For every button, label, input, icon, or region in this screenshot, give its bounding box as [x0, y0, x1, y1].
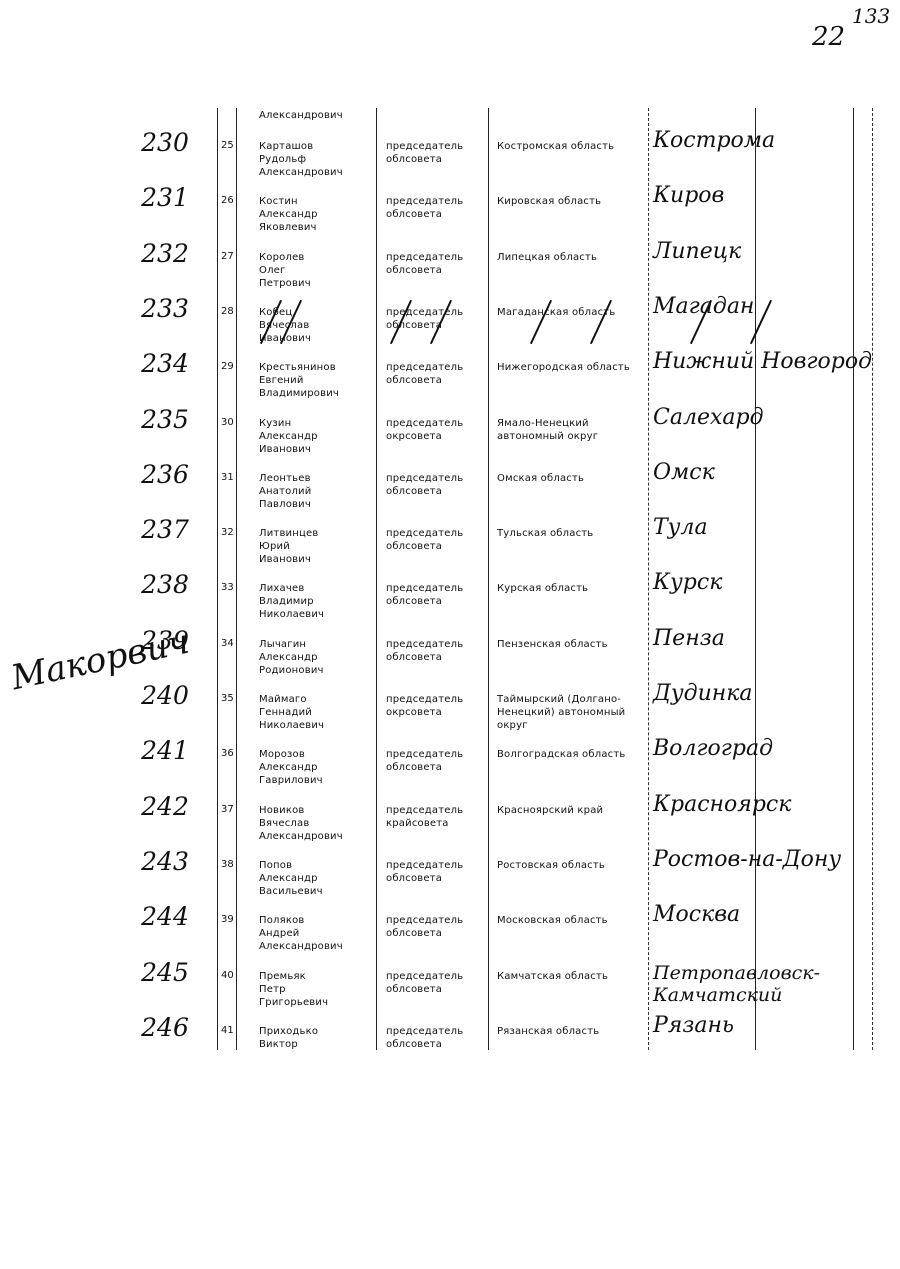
region-name: Ямало-Ненецкийавтономный округ — [497, 417, 647, 443]
handwritten-index: 233 — [120, 294, 210, 323]
person-position: председательокрсовета — [386, 417, 463, 443]
handwritten-index: 231 — [120, 183, 210, 212]
region-name: Липецкая область — [497, 251, 647, 264]
person-name: КузинАлександрИванович — [259, 417, 318, 456]
region-name: Красноярский край — [497, 804, 647, 817]
region-name: Кировская область — [497, 195, 647, 208]
person-position: председательоблсовета — [386, 472, 463, 498]
handwritten-city: Москва — [653, 904, 740, 926]
handwritten-index: 243 — [120, 847, 210, 876]
row-number: 34 — [221, 638, 234, 649]
person-name: МорозовАлександрГаврилович — [259, 748, 323, 787]
handwritten-city: Липецк — [653, 241, 741, 263]
person-name: МаймагоГеннадийНиколаевич — [259, 693, 324, 732]
person-position: председательокрсовета — [386, 693, 463, 719]
person-name: ПоляковАндрейАлександрович — [259, 914, 343, 953]
region-name: Магаданская область — [497, 306, 647, 319]
handwritten-index: 244 — [120, 902, 210, 931]
row-number: 35 — [221, 693, 234, 704]
region-name: Московская область — [497, 914, 647, 927]
region-name: Ростовская область — [497, 859, 647, 872]
region-name: Курская область — [497, 582, 647, 595]
row-number: 31 — [221, 472, 234, 483]
handwritten-index: 232 — [120, 239, 210, 268]
row-number: 40 — [221, 970, 234, 981]
person-position: председательоблсовета — [386, 859, 463, 885]
handwritten-index: 238 — [120, 570, 210, 599]
handwritten-city: Ростов-на-Дону — [653, 849, 841, 871]
row-number: 27 — [221, 251, 234, 262]
handwritten-index: 240 — [120, 681, 210, 710]
person-name: КостинАлександрЯковлевич — [259, 195, 318, 234]
row-number: 38 — [221, 859, 234, 870]
handwritten-index: 235 — [120, 405, 210, 434]
person-position: председательоблсовета — [386, 1025, 463, 1051]
region-name: Пензенская область — [497, 638, 647, 651]
person-position: председательоблсовета — [386, 582, 463, 608]
continued-name: Александрович — [259, 110, 343, 121]
handwritten-city: Рязань — [653, 1015, 734, 1037]
row-number: 25 — [221, 140, 234, 151]
handwritten-city: Омск — [653, 462, 715, 484]
region-name: Камчатская область — [497, 970, 647, 983]
handwritten-city: Тула — [653, 517, 708, 539]
person-position: председательоблсовета — [386, 527, 463, 553]
handwritten-index: 239 — [120, 626, 210, 655]
handwritten-index: 245 — [120, 958, 210, 987]
handwritten-city: Пенза — [653, 628, 725, 650]
handwritten-city: Курск — [653, 572, 722, 594]
person-name: ПремьякПетрГригорьевич — [259, 970, 328, 1009]
handwritten-index: 237 — [120, 515, 210, 544]
row-number: 36 — [221, 748, 234, 759]
person-name: ЛихачевВладимирНиколаевич — [259, 582, 324, 621]
row-number: 39 — [221, 914, 234, 925]
handwritten-index: 242 — [120, 792, 210, 821]
row-number: 28 — [221, 306, 234, 317]
region-name: Костромская область — [497, 140, 647, 153]
person-position: председательоблсовета — [386, 140, 463, 166]
handwritten-index: 246 — [120, 1013, 210, 1042]
handwritten-index: 234 — [120, 349, 210, 378]
row-number: 29 — [221, 361, 234, 372]
person-position: председательоблсовета — [386, 970, 463, 996]
handwritten-city: Петропавловск-Камчатский — [653, 962, 820, 1006]
page-number-main: 22 — [812, 22, 845, 52]
handwritten-city: Нижний Новгород — [653, 351, 872, 373]
region-name: Таймырский (Долгано-Ненецкий) автономный… — [497, 693, 647, 732]
person-position: председательоблсовета — [386, 748, 463, 774]
handwritten-city: Дудинка — [653, 683, 753, 705]
person-name: ЛеонтьевАнатолийПавлович — [259, 472, 311, 511]
person-name: ПриходькоВиктор — [259, 1025, 318, 1051]
region-name: Волгоградская область — [497, 748, 647, 761]
person-position: председательоблсовета — [386, 914, 463, 940]
handwritten-city: Красноярск — [653, 794, 791, 816]
table-row: 24641ПриходькоВикторпредседательоблсовет… — [0, 1025, 900, 1080]
region-name: Тульская область — [497, 527, 647, 540]
region-name: Омская область — [497, 472, 647, 485]
handwritten-city: Киров — [653, 185, 724, 207]
handwritten-city: Волгоград — [653, 738, 773, 760]
row-number: 37 — [221, 804, 234, 815]
person-position: председателькрайсовета — [386, 804, 463, 830]
row-number: 32 — [221, 527, 234, 538]
handwritten-city: Кострома — [653, 130, 775, 152]
handwritten-index: 236 — [120, 460, 210, 489]
person-name: КоролевОлегПетрович — [259, 251, 311, 290]
row-number: 41 — [221, 1025, 234, 1036]
row-number: 30 — [221, 417, 234, 428]
handwritten-index: 241 — [120, 736, 210, 765]
handwritten-city: Салехард — [653, 407, 764, 429]
handwritten-index: 230 — [120, 128, 210, 157]
person-name: КарташовРудольфАлександрович — [259, 140, 343, 179]
person-name: ПоповАлександрВасильевич — [259, 859, 323, 898]
page-number-sup: 133 — [852, 4, 890, 28]
person-name: ЛитвинцевЮрийИванович — [259, 527, 318, 566]
person-name: КрестьяниновЕвгенийВладимирович — [259, 361, 339, 400]
person-name: КобецВячеславИванович — [259, 306, 311, 345]
row-number: 33 — [221, 582, 234, 593]
row-number: 26 — [221, 195, 234, 206]
person-name: ЛычагинАлександрРодионович — [259, 638, 324, 677]
person-name: НовиковВячеславАлександрович — [259, 804, 343, 843]
person-position: председательоблсовета — [386, 251, 463, 277]
person-position: председательоблсовета — [386, 638, 463, 664]
person-position: председательоблсовета — [386, 195, 463, 221]
region-name: Нижегородская область — [497, 361, 647, 374]
region-name: Рязанская область — [497, 1025, 647, 1038]
person-position: председательоблсовета — [386, 361, 463, 387]
